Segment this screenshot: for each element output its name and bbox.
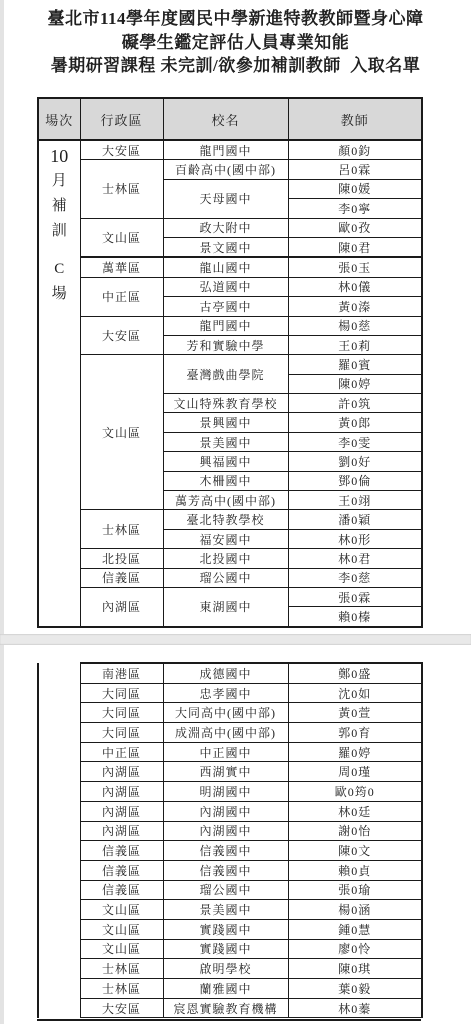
school-cell: 古亭國中 bbox=[163, 297, 288, 316]
teacher-cell: 歐0孜 bbox=[288, 218, 422, 237]
district-cell: 南港區 bbox=[80, 663, 163, 683]
teacher-cell: 郭0育 bbox=[288, 723, 422, 743]
teacher-cell: 林0蓁 bbox=[288, 998, 422, 1018]
district-cell: 萬華區 bbox=[80, 257, 163, 277]
school-cell: 景興國中 bbox=[163, 413, 288, 432]
table-row: 士林區百齡高中(國中部)呂0霖 bbox=[38, 160, 422, 179]
school-cell: 景美國中 bbox=[163, 432, 288, 451]
teacher-cell: 王0莉 bbox=[288, 335, 422, 354]
district-cell: 中正區 bbox=[80, 742, 163, 762]
teacher-cell: 李0雯 bbox=[288, 432, 422, 451]
district-cell: 內湖區 bbox=[80, 782, 163, 802]
district-cell: 大安區 bbox=[80, 140, 163, 160]
table-row: 士林區啟明學校陳0琪 bbox=[38, 959, 422, 979]
page-separator bbox=[0, 634, 471, 645]
table-row: 文山區實踐國中鍾0慧 bbox=[38, 919, 422, 939]
district-cell: 內湖區 bbox=[80, 762, 163, 782]
table2-body: 南港區成德國中鄭0盛大同區忠孝國中沈0如大同區大同高中(國中部)黃0萱大同區成淵… bbox=[38, 663, 422, 1018]
school-cell: 政大附中 bbox=[163, 218, 288, 237]
teacher-cell: 楊0慈 bbox=[288, 316, 422, 335]
table-row: 文山區臺灣戲曲學院羅0賓 bbox=[38, 355, 422, 374]
district-cell: 信義區 bbox=[80, 860, 163, 880]
school-cell: 東湖國中 bbox=[163, 587, 288, 626]
school-cell: 木柵國中 bbox=[163, 471, 288, 490]
table-row: 文山區景美國中楊0涵 bbox=[38, 900, 422, 920]
teacher-cell: 李0寧 bbox=[288, 199, 422, 218]
table1-body: 10月補訓C場大安區龍門國中顏0鈞士林區百齡高中(國中部)呂0霖天母國中陳0媛李… bbox=[38, 140, 422, 627]
school-cell: 瑠公國中 bbox=[163, 880, 288, 900]
district-cell: 文山區 bbox=[80, 900, 163, 920]
school-cell: 龍山國中 bbox=[163, 257, 288, 277]
school-cell: 文山特殊教育學校 bbox=[163, 394, 288, 413]
school-cell: 興福國中 bbox=[163, 452, 288, 471]
school-cell: 內湖國中 bbox=[163, 821, 288, 841]
session-char: 補 bbox=[39, 194, 80, 219]
document-page: 臺北市114學年度國民中學新進特教教師暨身心障 礙學生鑑定評估人員專業知能 暑期… bbox=[0, 0, 471, 1024]
teacher-cell: 沈0如 bbox=[288, 683, 422, 703]
title-line-2: 礙學生鑑定評估人員專業知能 bbox=[0, 31, 471, 55]
table-row: 大安區龍門國中楊0慈 bbox=[38, 316, 422, 335]
header-teacher: 教師 bbox=[288, 98, 422, 140]
school-cell: 萬芳高中(國中部) bbox=[163, 491, 288, 510]
teacher-cell: 黃0溱 bbox=[288, 297, 422, 316]
session-char: 訓 bbox=[39, 219, 80, 244]
roster-table-page1: 場次 行政區 校名 教師 10月補訓C場大安區龍門國中顏0鈞士林區百齡高中(國中… bbox=[37, 97, 423, 628]
table-row: 文山區實踐國中廖0怜 bbox=[38, 939, 422, 959]
teacher-cell: 張0玉 bbox=[288, 257, 422, 277]
teacher-cell: 陳0琪 bbox=[288, 959, 422, 979]
teacher-cell: 黃0萱 bbox=[288, 703, 422, 723]
title-line-1: 臺北市114學年度國民中學新進特教教師暨身心障 bbox=[0, 7, 471, 31]
district-cell: 士林區 bbox=[80, 959, 163, 979]
teacher-cell: 廖0怜 bbox=[288, 939, 422, 959]
school-cell: 實踐國中 bbox=[163, 919, 288, 939]
district-cell: 北投區 bbox=[80, 549, 163, 568]
school-cell: 大同高中(國中部) bbox=[163, 703, 288, 723]
title-line-3: 暑期研習課程 未完訓/欲參加補訓教師 入取名單 bbox=[0, 54, 471, 78]
teacher-cell: 鄧0倫 bbox=[288, 471, 422, 490]
teacher-cell: 劉0好 bbox=[288, 452, 422, 471]
teacher-cell: 周0瑾 bbox=[288, 762, 422, 782]
table-row: 中正區中正國中羅0婷 bbox=[38, 742, 422, 762]
district-cell: 內湖區 bbox=[80, 821, 163, 841]
table-row: 大同區忠孝國中沈0如 bbox=[38, 683, 422, 703]
teacher-cell: 潘0穎 bbox=[288, 510, 422, 529]
school-cell: 成淵高中(國中部) bbox=[163, 723, 288, 743]
district-cell: 信義區 bbox=[80, 568, 163, 587]
table-header-row: 場次 行政區 校名 教師 bbox=[38, 98, 422, 140]
table-row: 信義區瑠公國中張0瑜 bbox=[38, 880, 422, 900]
table-row: 中正區弘道國中林0儀 bbox=[38, 277, 422, 296]
school-cell: 信義國中 bbox=[163, 841, 288, 861]
header-district: 行政區 bbox=[80, 98, 163, 140]
teacher-cell: 鄭0盛 bbox=[288, 663, 422, 683]
district-cell: 信義區 bbox=[80, 841, 163, 861]
teacher-cell: 王0翊 bbox=[288, 491, 422, 510]
school-cell: 中正國中 bbox=[163, 742, 288, 762]
table-row: 內湖區明湖國中歐0筠0 bbox=[38, 782, 422, 802]
teacher-cell: 陳0君 bbox=[288, 237, 422, 257]
school-cell: 啟明學校 bbox=[163, 959, 288, 979]
session-cell-continued bbox=[38, 663, 80, 1018]
teacher-cell: 鍾0慧 bbox=[288, 919, 422, 939]
school-cell: 明湖國中 bbox=[163, 782, 288, 802]
table-row: 北投區北投國中林0君 bbox=[38, 549, 422, 568]
school-cell: 內湖國中 bbox=[163, 801, 288, 821]
table-row: 士林區臺北特教學校潘0穎 bbox=[38, 510, 422, 529]
district-cell: 士林區 bbox=[80, 160, 163, 218]
teacher-cell: 羅0婷 bbox=[288, 742, 422, 762]
district-cell: 內湖區 bbox=[80, 587, 163, 626]
table-row: 萬華區龍山國中張0玉 bbox=[38, 257, 422, 277]
school-cell: 宸恩實驗教育機構 bbox=[163, 998, 288, 1018]
school-cell: 信義國中 bbox=[163, 860, 288, 880]
teacher-cell: 葉0毅 bbox=[288, 979, 422, 999]
school-cell: 瑠公國中 bbox=[163, 568, 288, 587]
school-cell: 龍門國中 bbox=[163, 140, 288, 160]
teacher-cell: 賴0貞 bbox=[288, 860, 422, 880]
teacher-cell: 歐0筠0 bbox=[288, 782, 422, 802]
table-row: 大安區宸恩實驗教育機構林0蓁 bbox=[38, 998, 422, 1018]
school-cell: 北投國中 bbox=[163, 549, 288, 568]
table-row: 內湖區內湖國中謝0怡 bbox=[38, 821, 422, 841]
district-cell: 內湖區 bbox=[80, 801, 163, 821]
scan-edge bbox=[0, 0, 4, 1024]
district-cell: 文山區 bbox=[80, 939, 163, 959]
roster-table-page2: 南港區成德國中鄭0盛大同區忠孝國中沈0如大同區大同高中(國中部)黃0萱大同區成淵… bbox=[37, 662, 423, 1018]
table-row: 信義區信義國中賴0貞 bbox=[38, 860, 422, 880]
teacher-cell: 黃0郎 bbox=[288, 413, 422, 432]
table-row: 10月補訓C場大安區龍門國中顏0鈞 bbox=[38, 140, 422, 160]
session-char: 場 bbox=[39, 282, 80, 307]
teacher-cell: 賴0榛 bbox=[288, 607, 422, 627]
teacher-cell: 呂0霖 bbox=[288, 160, 422, 179]
district-cell: 大安區 bbox=[80, 316, 163, 355]
teacher-cell: 楊0涵 bbox=[288, 900, 422, 920]
table-row: 大同區成淵高中(國中部)郭0育 bbox=[38, 723, 422, 743]
table-row: 內湖區內湖國中林0廷 bbox=[38, 801, 422, 821]
school-cell: 龍門國中 bbox=[163, 316, 288, 335]
district-cell: 士林區 bbox=[80, 510, 163, 549]
page-title: 臺北市114學年度國民中學新進特教教師暨身心障 礙學生鑑定評估人員專業知能 暑期… bbox=[0, 7, 471, 78]
district-cell: 大安區 bbox=[80, 998, 163, 1018]
district-cell: 文山區 bbox=[80, 919, 163, 939]
teacher-cell: 許0筑 bbox=[288, 394, 422, 413]
session-cell: 10月補訓C場 bbox=[38, 140, 80, 627]
school-cell: 景文國中 bbox=[163, 237, 288, 257]
table-row: 文山區政大附中歐0孜 bbox=[38, 218, 422, 237]
teacher-cell: 林0儀 bbox=[288, 277, 422, 296]
district-cell: 士林區 bbox=[80, 979, 163, 999]
table-row: 南港區成德國中鄭0盛 bbox=[38, 663, 422, 683]
session-char: 10 bbox=[39, 144, 80, 169]
school-cell: 景美國中 bbox=[163, 900, 288, 920]
school-cell: 福安國中 bbox=[163, 529, 288, 548]
teacher-cell: 謝0怡 bbox=[288, 821, 422, 841]
district-cell: 大同區 bbox=[80, 723, 163, 743]
school-cell: 弘道國中 bbox=[163, 277, 288, 296]
district-cell: 文山區 bbox=[80, 355, 163, 510]
table-row: 信義區瑠公國中李0慈 bbox=[38, 568, 422, 587]
teacher-cell: 李0慈 bbox=[288, 568, 422, 587]
teacher-cell: 張0瑜 bbox=[288, 880, 422, 900]
district-cell: 中正區 bbox=[80, 277, 163, 316]
header-school: 校名 bbox=[163, 98, 288, 140]
school-cell: 臺灣戲曲學院 bbox=[163, 355, 288, 394]
header-session: 場次 bbox=[38, 98, 80, 140]
teacher-cell: 林0君 bbox=[288, 549, 422, 568]
table-row: 內湖區西湖實中周0瑾 bbox=[38, 762, 422, 782]
table-row: 內湖區東湖國中張0霖 bbox=[38, 587, 422, 606]
teacher-cell: 林0形 bbox=[288, 529, 422, 548]
school-cell: 蘭雅國中 bbox=[163, 979, 288, 999]
school-cell: 芳和實驗中學 bbox=[163, 335, 288, 354]
teacher-cell: 顏0鈞 bbox=[288, 140, 422, 160]
table-row: 大同區大同高中(國中部)黃0萱 bbox=[38, 703, 422, 723]
school-cell: 忠孝國中 bbox=[163, 683, 288, 703]
teacher-cell: 陳0媛 bbox=[288, 179, 422, 198]
session-char: C bbox=[39, 257, 80, 282]
table-row: 士林區蘭雅國中葉0毅 bbox=[38, 979, 422, 999]
table-row: 信義區信義國中陳0文 bbox=[38, 841, 422, 861]
school-cell: 臺北特教學校 bbox=[163, 510, 288, 529]
district-cell: 文山區 bbox=[80, 218, 163, 257]
school-cell: 實踐國中 bbox=[163, 939, 288, 959]
teacher-cell: 羅0賓 bbox=[288, 355, 422, 374]
school-cell: 百齡高中(國中部) bbox=[163, 160, 288, 179]
teacher-cell: 陳0文 bbox=[288, 841, 422, 861]
school-cell: 成德國中 bbox=[163, 663, 288, 683]
table2-bottom-rule bbox=[37, 1019, 421, 1021]
district-cell: 大同區 bbox=[80, 683, 163, 703]
district-cell: 信義區 bbox=[80, 880, 163, 900]
district-cell: 大同區 bbox=[80, 703, 163, 723]
teacher-cell: 陳0婷 bbox=[288, 374, 422, 393]
teacher-cell: 張0霖 bbox=[288, 587, 422, 606]
teacher-cell: 林0廷 bbox=[288, 801, 422, 821]
school-cell: 天母國中 bbox=[163, 179, 288, 218]
session-char: 月 bbox=[39, 169, 80, 194]
school-cell: 西湖實中 bbox=[163, 762, 288, 782]
